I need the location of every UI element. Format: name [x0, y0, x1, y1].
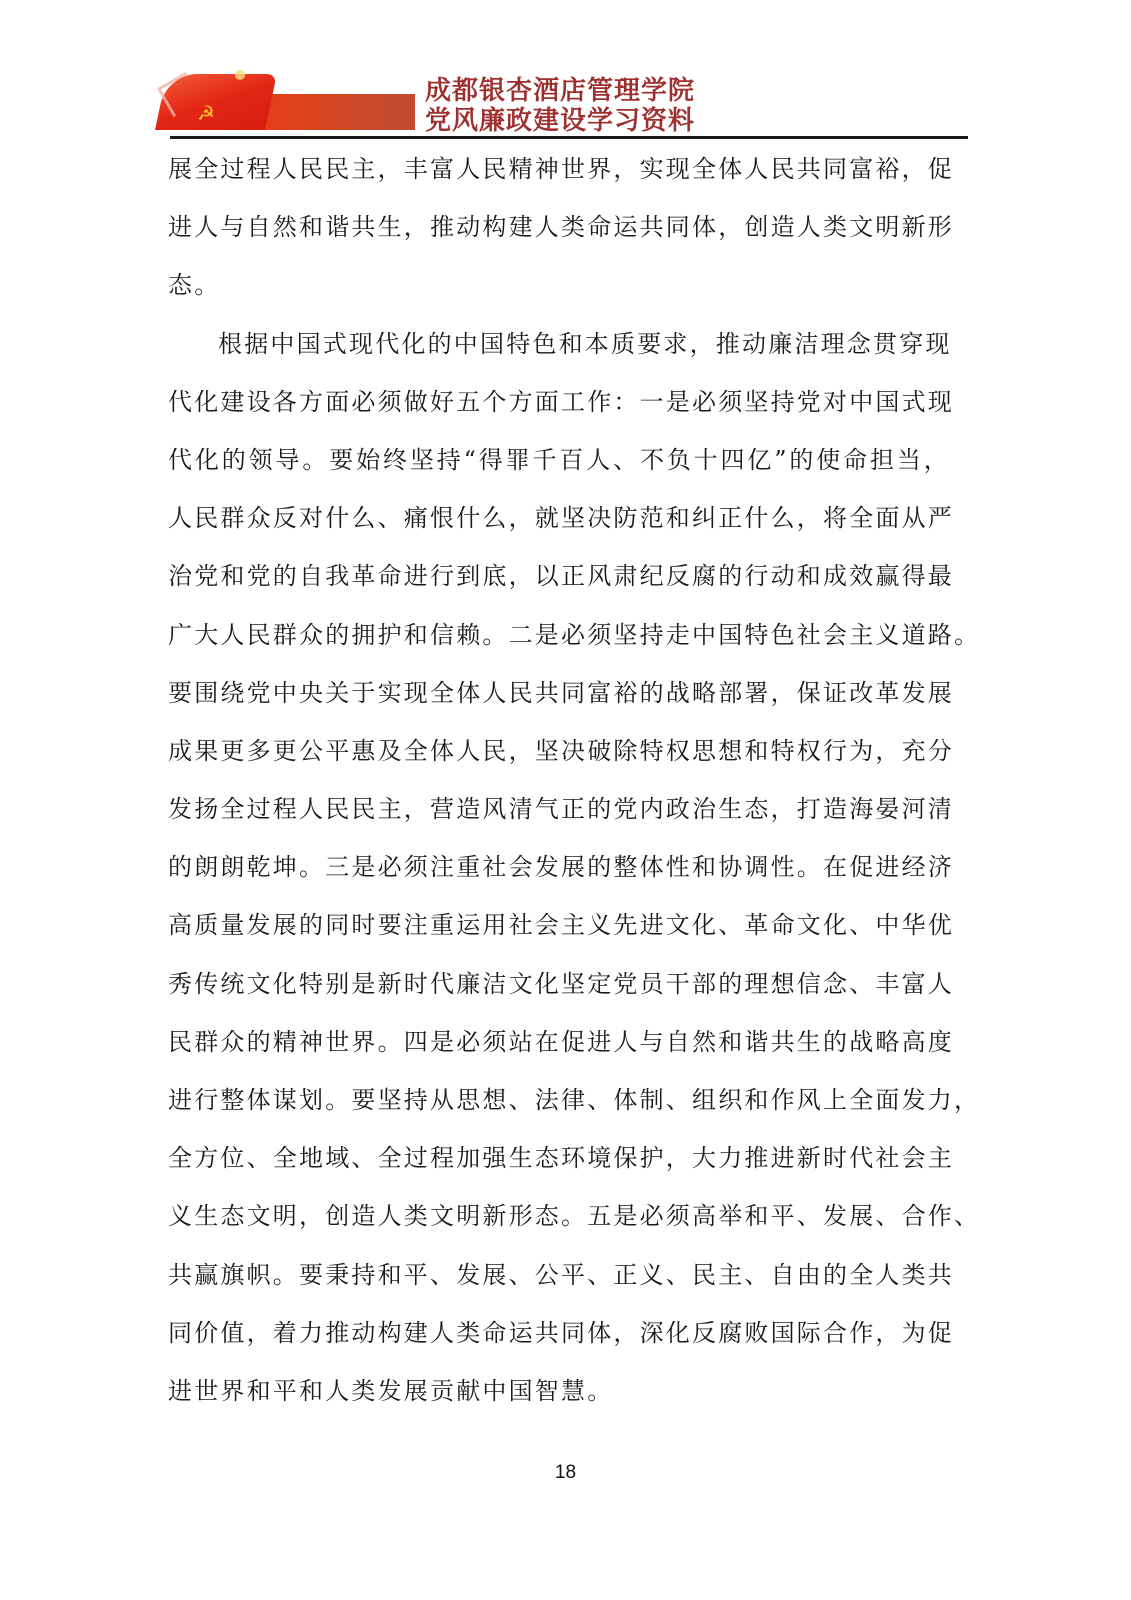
text-line: 全方位、全地域、全过程加强生态环境保护，大力推进新时代社会主	[168, 1129, 950, 1187]
header-divider	[170, 136, 968, 139]
text-line: 代化的领导。要始终坚持“得罪千百人、不负十四亿”的使命担当，	[168, 431, 950, 489]
text-line: 的朗朗乾坤。三是必须注重社会发展的整体性和协调性。在促进经济	[168, 838, 950, 896]
spark-decoration	[235, 70, 245, 80]
text-line: 民群众的精神世界。四是必须站在促进人与自然和谐共生的战略高度	[168, 1013, 950, 1071]
institution-name: 成都银杏酒店管理学院	[425, 76, 695, 106]
text-line: 秀传统文化特别是新时代廉洁文化坚定党员干部的理想信念、丰富人	[168, 955, 950, 1013]
text-line: 发扬全过程人民民主，营造风清气正的党内政治生态，打造海晏河清	[168, 780, 950, 838]
page-number: 18	[0, 1462, 1131, 1484]
text-line: 治党和党的自我革命进行到底，以正风肃纪反腐的行动和成效赢得最	[168, 547, 950, 605]
text-line: 义生态文明，创造人类文明新形态。五是必须高举和平、发展、合作、	[168, 1187, 950, 1245]
text-line: 态。	[168, 256, 950, 314]
text-line: 进人与自然和谐共生，推动构建人类命运共同体，创造人类文明新形	[168, 198, 950, 256]
text-line: 成果更多更公平惠及全体人民，坚决破除特权思想和特权行为，充分	[168, 722, 950, 780]
text-line: 同价值，着力推动构建人类命运共同体，深化反腐败国际合作，为促	[168, 1304, 950, 1362]
text-line: 人民群众反对什么、痛恨什么，就坚决防范和纠正什么，将全面从严	[168, 489, 950, 547]
text-line: 代化建设各方面必须做好五个方面工作：一是必须坚持党对中国式现	[168, 373, 950, 431]
text-line: 共赢旗帜。要秉持和平、发展、公平、正义、民主、自由的全人类共	[168, 1246, 950, 1304]
hammer-sickle-icon: ☭	[193, 100, 219, 126]
document-page: ☭ 成都银杏酒店管理学院 党风廉政建设学习资料 展全过程人民民主，丰富人民精神世…	[0, 0, 1131, 1600]
text-line: 展全过程人民民主，丰富人民精神世界，实现全体人民共同富裕，促	[168, 140, 950, 198]
text-line: 进行整体谋划。要坚持从思想、法律、体制、组织和作风上全面发力，	[168, 1071, 950, 1129]
text-line: 广大人民群众的拥护和信赖。二是必须坚持走中国特色社会主义道路。	[168, 606, 950, 664]
text-line: 要围绕党中央关于实现全体人民共同富裕的战略部署，保证改革发展	[168, 664, 950, 722]
text-line: 高质量发展的同时要注重运用社会主义先进文化、革命文化、中华优	[168, 896, 950, 954]
header-title-block: 成都银杏酒店管理学院 党风廉政建设学习资料	[425, 76, 695, 136]
body-text: 展全过程人民民主，丰富人民精神世界，实现全体人民共同富裕，促 进人与自然和谐共生…	[168, 140, 950, 1420]
document-subtitle: 党风廉政建设学习资料	[425, 106, 695, 136]
text-line: 根据中国式现代化的中国特色和本质要求，推动廉洁理念贯穿现	[168, 315, 950, 373]
text-line: 进世界和平和人类发展贡献中国智慧。	[168, 1362, 950, 1420]
page-header: ☭ 成都银杏酒店管理学院 党风廉政建设学习资料	[155, 70, 970, 140]
party-flag-banner: ☭	[155, 70, 415, 130]
